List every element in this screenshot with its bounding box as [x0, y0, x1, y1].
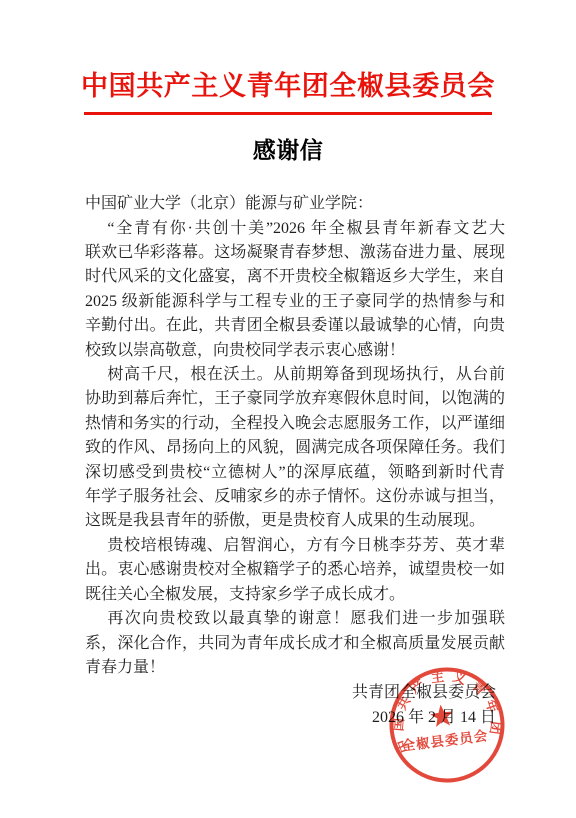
body-line: 贵校培根铸魂、启智润心，方有今日桃李芬芳、英才辈 — [85, 534, 505, 558]
seal-star-icon — [429, 703, 454, 727]
body-line: 再次向贵校致以最真挚的谢意！愿我们进一步加强联 — [85, 607, 505, 631]
letter-page: 中国共产主义青年团全椒县委员会 感谢信 中国矿业大学（北京）能源与矿业学院： “… — [0, 0, 576, 818]
body-line: “全青有你·共创十美”2026 年全椒县青年新春文艺大 — [85, 217, 505, 241]
org-header: 中国共产主义青年团全椒县委员会 — [0, 71, 576, 102]
letter-body: 中国矿业大学（北京）能源与矿业学院： “全青有你·共创十美”2026 年全椒县青… — [85, 192, 505, 730]
body-line: 既往关心全椒发展，支持家乡学子成长成才。 — [85, 583, 505, 607]
body-line: 出。衷心感谢贵校对全椒籍学子的悉心培养，诚望贵校一如 — [85, 558, 505, 582]
body-line: 辛勤付出。在此，共青团全椒县委谨以最诚挚的心情，向贵 — [85, 314, 505, 338]
body-line: 年学子服务社会、反哺家乡的赤子情怀。这份赤诚与担当， — [85, 485, 505, 509]
official-seal: 中国共产主义青年团 全椒县委员会 — [384, 663, 510, 789]
body-line: 这既是我县青年的骄傲，更是贵校育人成果的生动展现。 — [85, 509, 505, 533]
body-line: 致的作风、昂扬向上的风貌，圆满完成各项保障任务。我们 — [85, 436, 505, 460]
recipient-line: 中国矿业大学（北京）能源与矿业学院： — [85, 192, 505, 216]
header-divider — [84, 112, 492, 115]
paragraphs: “全青有你·共创十美”2026 年全椒县青年新春文艺大联欢已华彩落幕。这场凝聚青… — [85, 217, 505, 681]
body-line: 深切感受到贵校“立德树人”的深厚底蕴，领略到新时代青 — [85, 461, 505, 485]
body-line: 协助到幕后奔忙，王子豪同学放弃寒假休息时间，以饱满的 — [85, 387, 505, 411]
body-line: 系，深化合作，共同为青年成长成才和全椒高质量发展贡献 — [85, 632, 505, 656]
letter-title: 感谢信 — [0, 139, 576, 163]
seal-name-text: 全椒县委员会 — [401, 727, 489, 753]
body-line: 热情和务实的行动，全程投入晚会志愿服务工作，以严谨细 — [85, 412, 505, 436]
body-line: 树高千尺，根在沃土。从前期筹备到现场执行，从台前 — [85, 363, 505, 387]
body-line: 时代风采的文化盛宴，离不开贵校全椒籍返乡大学生，来自 — [85, 265, 505, 289]
body-line: 联欢已华彩落幕。这场凝聚青春梦想、激荡奋进力量、展现 — [85, 241, 505, 265]
body-line: 校致以崇高敬意，向贵校同学表示衷心感谢！ — [85, 339, 505, 363]
body-line: 2025 级新能源科学与工程专业的王子豪同学的热情参与和 — [85, 290, 505, 314]
